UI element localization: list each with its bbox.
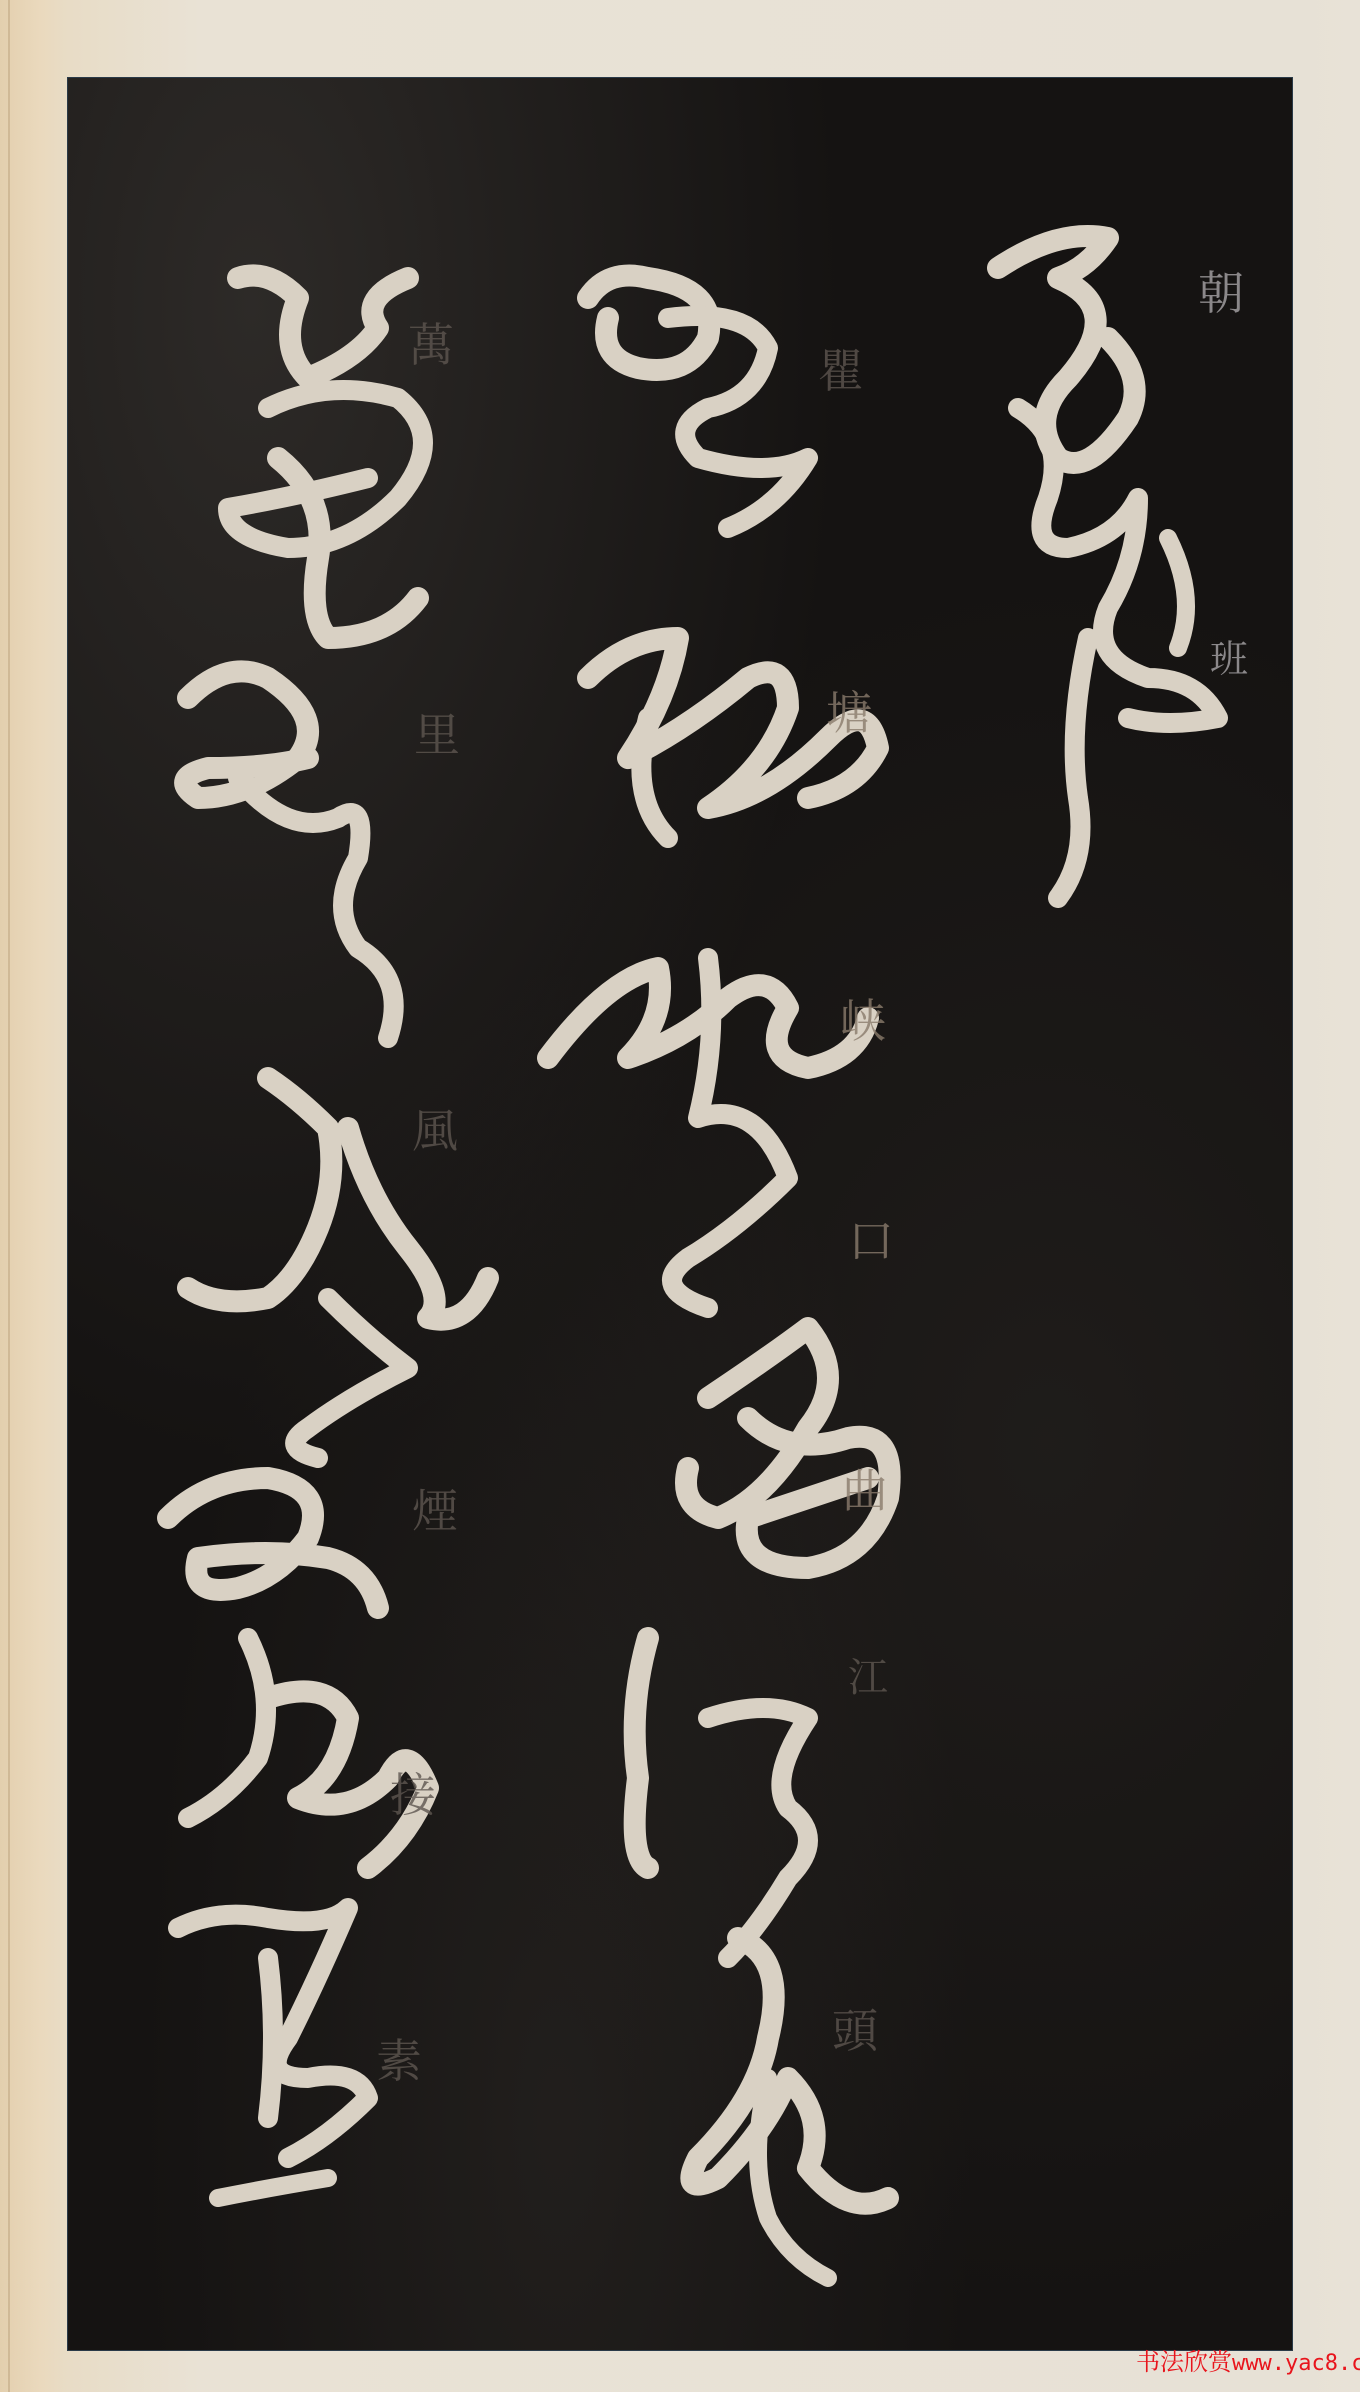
watermark-cn: 书法欣赏 xyxy=(1136,2348,1232,2376)
watermark-url: www.yac8.com xyxy=(1232,2351,1360,2376)
ink-rubbing-panel: 朝 班 瞿 塘 峡 口 曲 江 頭 萬 里 風 煙 接 素 xyxy=(68,78,1292,2350)
annotation-char: 里 xyxy=(414,712,460,758)
annotation-char: 萬 xyxy=(408,322,454,368)
annotation-char: 口 xyxy=(848,1218,894,1264)
annotation-char: 江 xyxy=(848,1658,888,1698)
annotation-char: 瞿 xyxy=(818,348,864,394)
watermark: 书法欣赏www.yac8.com xyxy=(1136,2342,1360,2377)
annotation-char: 素 xyxy=(376,2038,422,2084)
annotation-char: 接 xyxy=(390,1772,436,1818)
annotation-char: 峡 xyxy=(840,998,886,1044)
annotation-char: 曲 xyxy=(842,1468,888,1514)
annotation-char: 朝 xyxy=(1198,270,1244,316)
annotation-char: 煙 xyxy=(412,1488,458,1534)
cursive-calligraphy-strokes xyxy=(68,78,1292,2350)
annotation-char: 塘 xyxy=(826,690,872,736)
annotation-char: 班 xyxy=(1210,640,1248,678)
annotation-char: 頭 xyxy=(832,2008,878,2054)
fold-line xyxy=(8,0,10,2392)
annotation-char: 風 xyxy=(412,1108,458,1154)
